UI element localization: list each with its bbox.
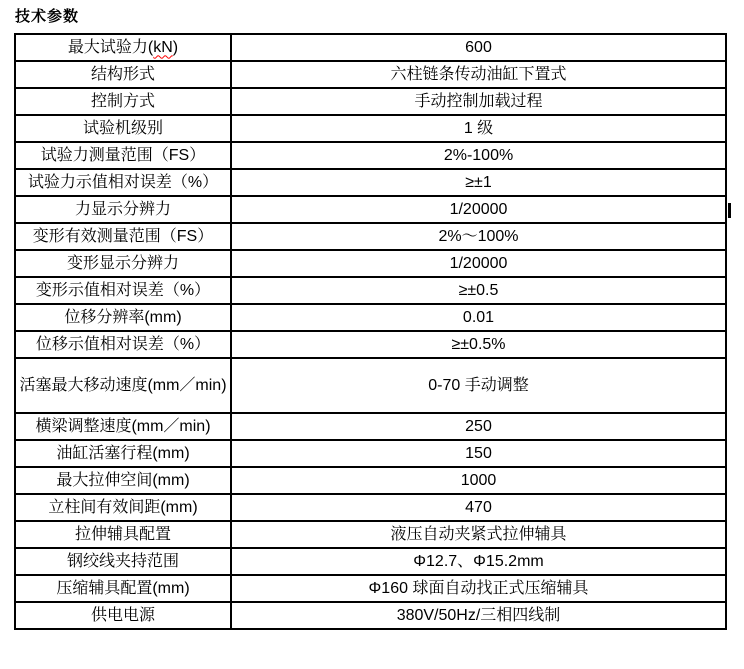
param-label-structure-type: 结构形式 — [15, 61, 231, 88]
param-label-force-relative-error: 试验力示值相对误差（%） — [15, 169, 231, 196]
param-label-piston-max-speed: 活塞最大移动速度(mm／min) — [15, 358, 231, 413]
param-value: 1/20000 — [231, 250, 726, 277]
table-row: 试验力测量范围（FS） 2%-100% — [15, 142, 726, 169]
param-value: 六柱链条传动油缸下置式 — [231, 61, 726, 88]
table-row: 供电电源 380V/50Hz/三相四线制 — [15, 602, 726, 629]
table-row: 力显示分辨力 1/20000 — [15, 196, 726, 223]
caret-artifact — [728, 203, 731, 218]
param-label-deform-display-resolution: 变形显示分辨力 — [15, 250, 231, 277]
table-row: 变形有效测量范围（FS） 2%～100% — [15, 223, 726, 250]
param-label-column-spacing: 立柱间有效间距(mm) — [15, 494, 231, 521]
param-label-deform-relative-error: 变形示值相对误差（%） — [15, 277, 231, 304]
param-value: 2%～100% — [231, 223, 726, 250]
param-label-machine-class: 试验机级别 — [15, 115, 231, 142]
param-value: 600 — [231, 34, 726, 61]
table-row: 最大试验力(kN) 600 — [15, 34, 726, 61]
table-row: 压缩辅具配置(mm) Φ160 球面自动找正式压缩辅具 — [15, 575, 726, 602]
param-value: Φ12.7、Φ15.2mm — [231, 548, 726, 575]
table-row: 横梁调整速度(mm／min) 250 — [15, 413, 726, 440]
param-value: ≥±1 — [231, 169, 726, 196]
param-value: 470 — [231, 494, 726, 521]
param-value: 液压自动夹紧式拉伸辅具 — [231, 521, 726, 548]
param-label-piston-stroke: 油缸活塞行程(mm) — [15, 440, 231, 467]
table-row: 最大拉伸空间(mm) 1000 — [15, 467, 726, 494]
param-label-displacement-resolution: 位移分辨率(mm) — [15, 304, 231, 331]
param-value: 0.01 — [231, 304, 726, 331]
param-label-strand-clamp-range: 钢绞线夹持范围 — [15, 548, 231, 575]
param-label-displacement-relative-error: 位移示值相对误差（%） — [15, 331, 231, 358]
page-title: 技术参数 — [15, 5, 79, 26]
param-value: ≥±0.5 — [231, 277, 726, 304]
param-label-force-display-resolution: 力显示分辨力 — [15, 196, 231, 223]
param-value: ≥±0.5% — [231, 331, 726, 358]
param-label-control-mode: 控制方式 — [15, 88, 231, 115]
param-value: 0-70 手动调整 — [231, 358, 726, 413]
table-row: 结构形式 六柱链条传动油缸下置式 — [15, 61, 726, 88]
table-row: 试验机级别 1 级 — [15, 115, 726, 142]
label-text: ) — [173, 39, 178, 56]
param-value: 1/20000 — [231, 196, 726, 223]
label-text: 最大试验力( — [68, 39, 153, 56]
param-label-power-supply: 供电电源 — [15, 602, 231, 629]
param-label-max-tension-space: 最大拉伸空间(mm) — [15, 467, 231, 494]
table-row: 立柱间有效间距(mm) 470 — [15, 494, 726, 521]
spellcheck-marked-text: kN — [153, 39, 173, 56]
param-value: 手动控制加载过程 — [231, 88, 726, 115]
param-value: 1 级 — [231, 115, 726, 142]
table-row: 试验力示值相对误差（%） ≥±1 — [15, 169, 726, 196]
table-row: 变形显示分辨力 1/20000 — [15, 250, 726, 277]
param-label-force-measure-range: 试验力测量范围（FS） — [15, 142, 231, 169]
param-value: Φ160 球面自动找正式压缩辅具 — [231, 575, 726, 602]
param-value: 2%-100% — [231, 142, 726, 169]
param-value: 380V/50Hz/三相四线制 — [231, 602, 726, 629]
param-label-crosshead-speed: 横梁调整速度(mm／min) — [15, 413, 231, 440]
table-row: 活塞最大移动速度(mm／min) 0-70 手动调整 — [15, 358, 726, 413]
param-value: 1000 — [231, 467, 726, 494]
param-label-max-test-force: 最大试验力(kN) — [15, 34, 231, 61]
table-row: 变形示值相对误差（%） ≥±0.5 — [15, 277, 726, 304]
table-row: 油缸活塞行程(mm) 150 — [15, 440, 726, 467]
table-row: 位移示值相对误差（%） ≥±0.5% — [15, 331, 726, 358]
param-value: 150 — [231, 440, 726, 467]
table-row: 控制方式 手动控制加载过程 — [15, 88, 726, 115]
param-value: 250 — [231, 413, 726, 440]
table-row: 拉伸辅具配置 液压自动夹紧式拉伸辅具 — [15, 521, 726, 548]
table-row: 位移分辨率(mm) 0.01 — [15, 304, 726, 331]
param-label-tension-fixture: 拉伸辅具配置 — [15, 521, 231, 548]
param-label-compression-fixture: 压缩辅具配置(mm) — [15, 575, 231, 602]
specs-table: 最大试验力(kN) 600 结构形式 六柱链条传动油缸下置式 控制方式 手动控制… — [14, 33, 727, 630]
param-label-deform-measure-range: 变形有效测量范围（FS） — [15, 223, 231, 250]
table-row: 钢绞线夹持范围 Φ12.7、Φ15.2mm — [15, 548, 726, 575]
